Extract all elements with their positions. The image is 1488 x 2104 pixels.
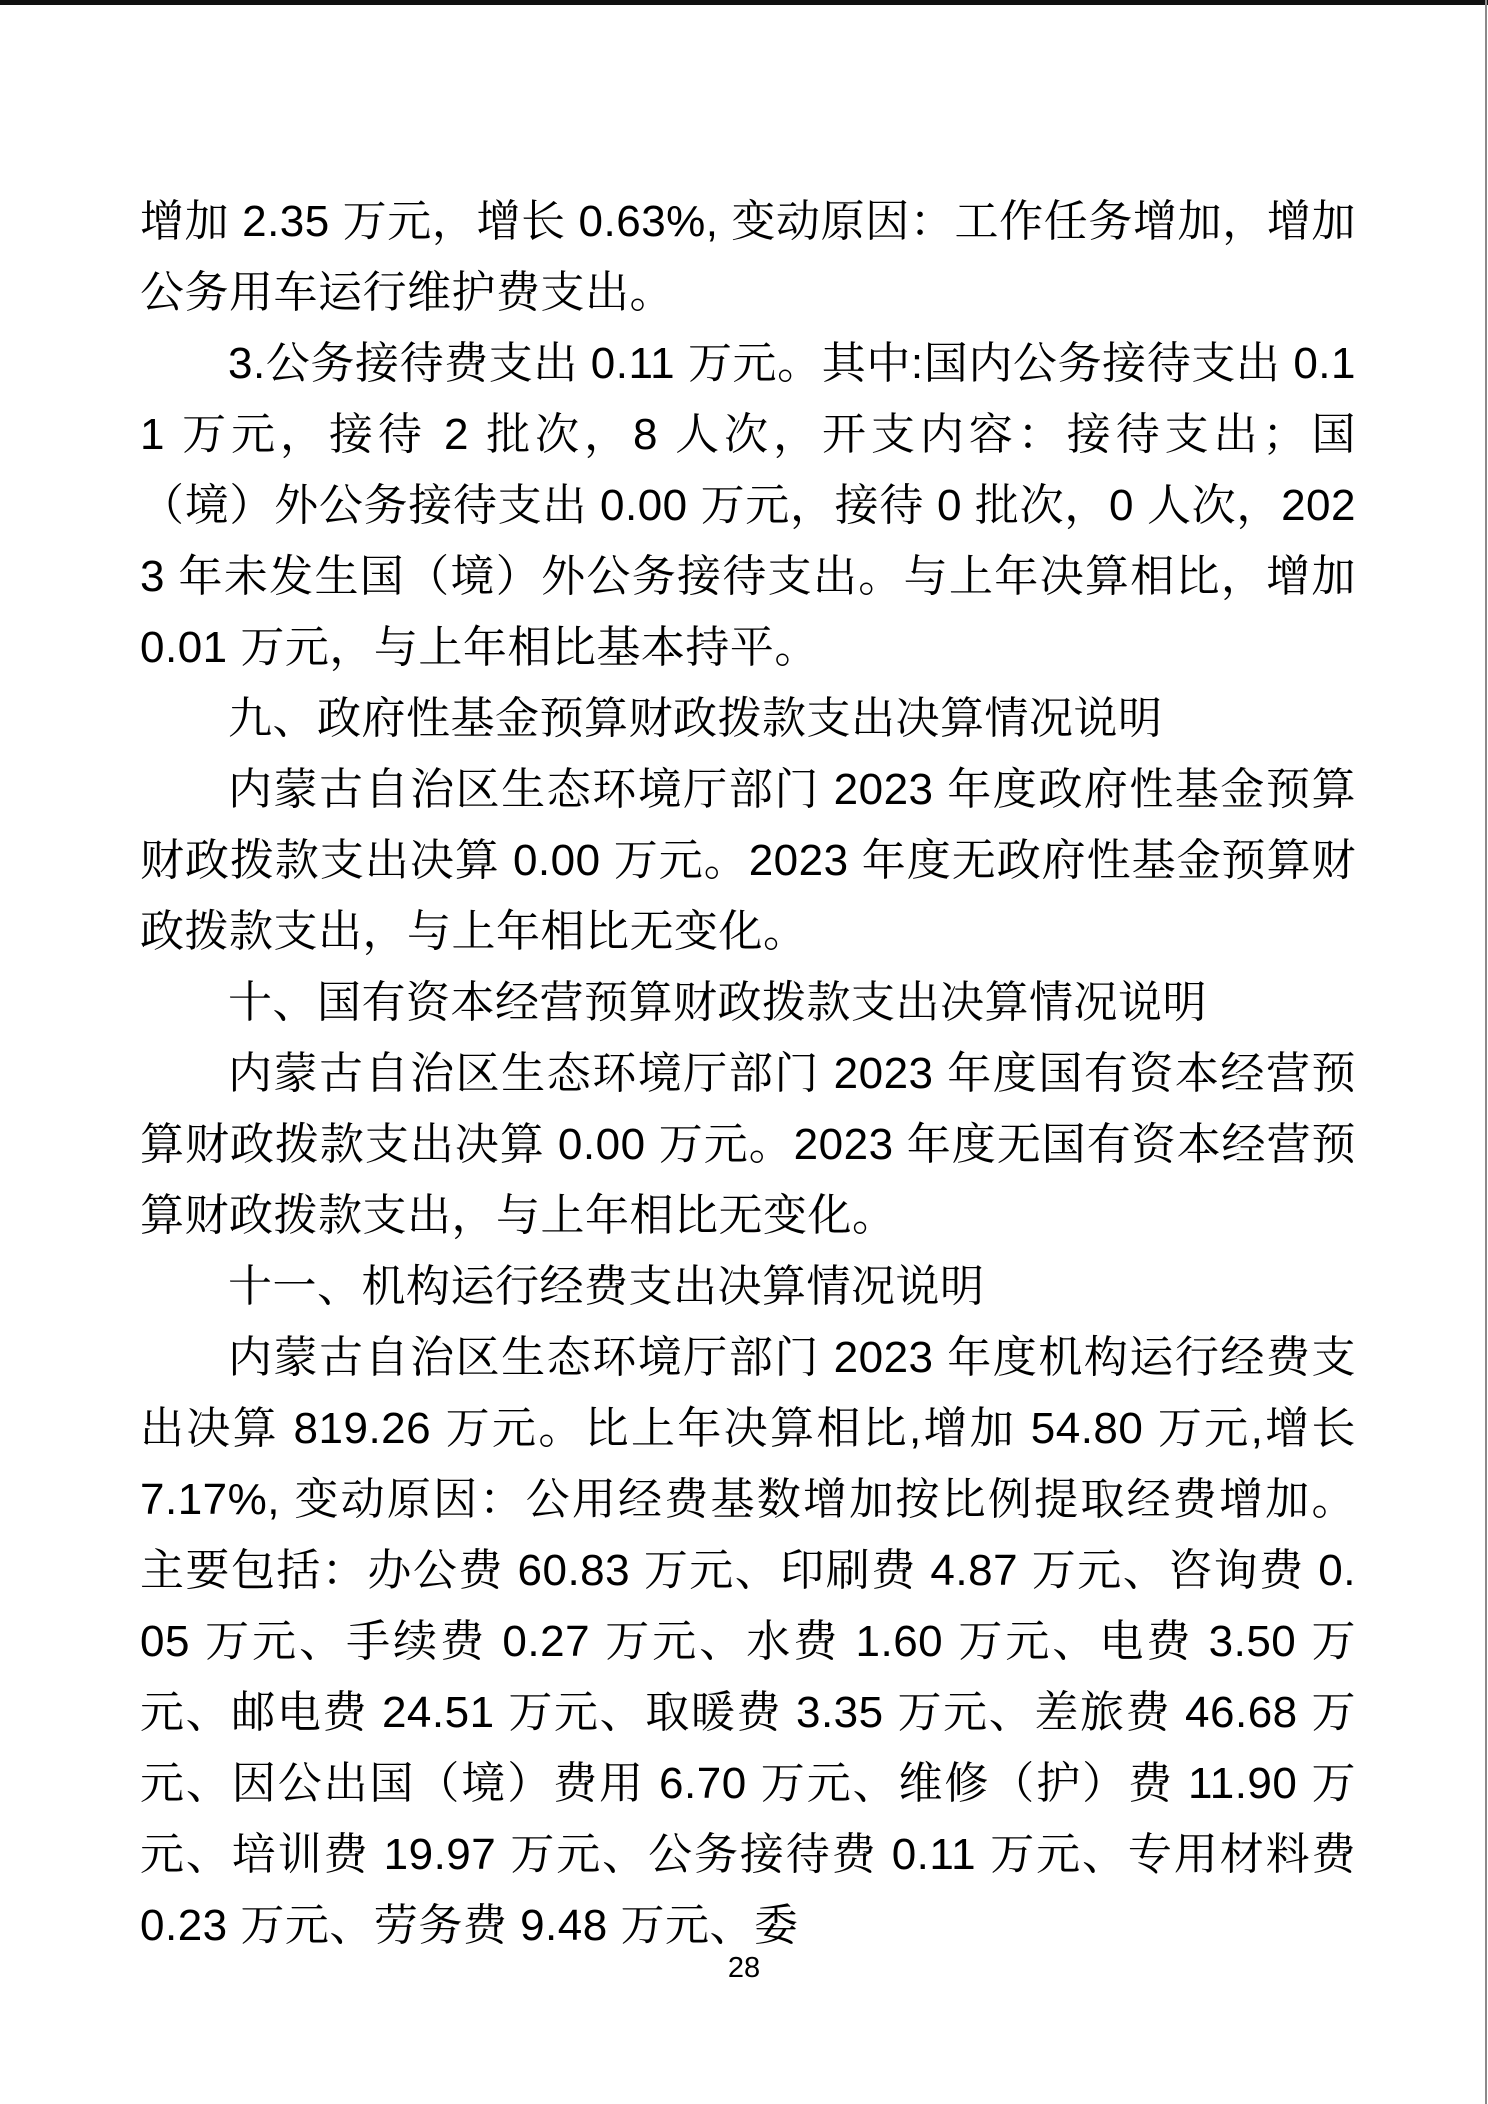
paragraph: 增加 2.35 万元，增长 0.63%, 变动原因：工作任务增加，增加公务用车运… — [140, 186, 1356, 328]
page-number: 28 — [0, 1948, 1488, 1988]
page-top-border — [0, 0, 1488, 5]
paragraph: 内蒙古自治区生态环境厅部门 2023 年度国有资本经营预算财政拨款支出决算 0.… — [140, 1038, 1356, 1251]
section-heading: 十、国有资本经营预算财政拨款支出决算情况说明 — [140, 967, 1356, 1038]
page-body: 增加 2.35 万元，增长 0.63%, 变动原因：工作任务增加，增加公务用车运… — [140, 186, 1356, 1961]
paragraph: 3.公务接待费支出 0.11 万元。其中:国内公务接待支出 0.11 万元，接待… — [140, 328, 1356, 683]
paragraph: 内蒙古自治区生态环境厅部门 2023 年度政府性基金预算财政拨款支出决算 0.0… — [140, 754, 1356, 967]
section-heading: 九、政府性基金预算财政拨款支出决算情况说明 — [140, 683, 1356, 754]
page-right-border — [1485, 0, 1487, 2104]
document-page: 增加 2.35 万元，增长 0.63%, 变动原因：工作任务增加，增加公务用车运… — [0, 0, 1488, 2104]
paragraph: 内蒙古自治区生态环境厅部门 2023 年度机构运行经费支出决算 819.26 万… — [140, 1322, 1356, 1961]
section-heading: 十一、机构运行经费支出决算情况说明 — [140, 1251, 1356, 1322]
